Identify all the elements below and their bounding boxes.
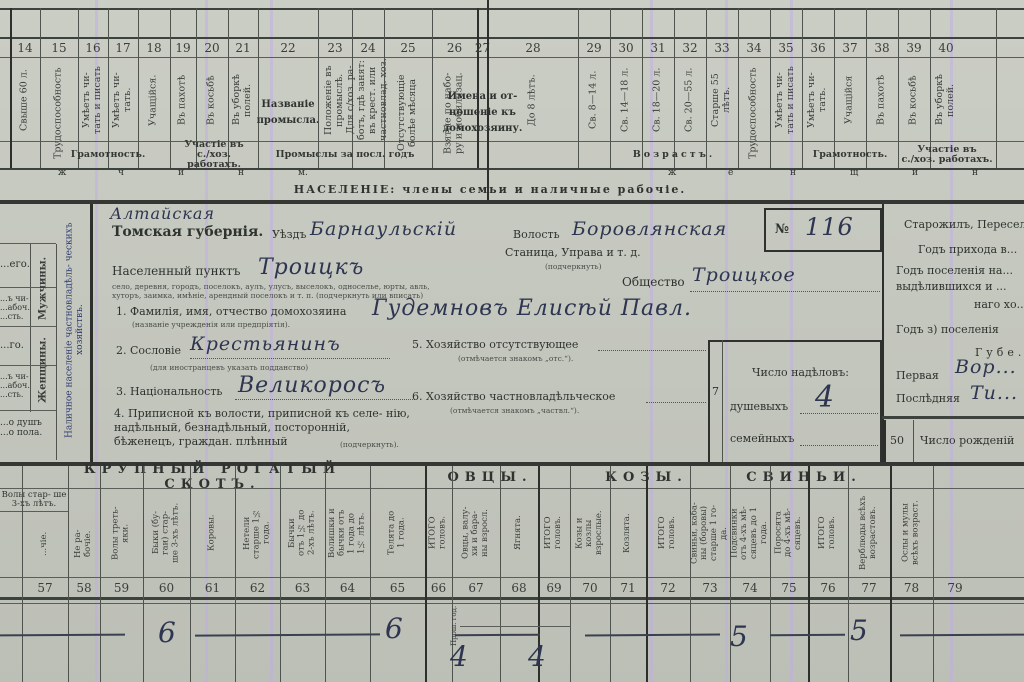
- right-line3: Годъ поселенія на...: [896, 264, 1013, 277]
- column-number: 20: [196, 38, 228, 57]
- column-header: Умѣетъ чи- тать и писать: [78, 58, 108, 142]
- dotted-line: [598, 350, 706, 351]
- livestock-column-header: Волишки и бычки отъ 1 года до 1½ лѣтъ.: [325, 490, 370, 576]
- column-header: Св. 18—20 л.: [642, 58, 674, 142]
- volost-value[interactable]: Боровлянская: [572, 218, 727, 240]
- gender-letter: н: [790, 168, 796, 178]
- livestock-column-header: ИТОГО головъ.: [538, 490, 570, 576]
- column-number: 32: [674, 38, 706, 57]
- right-line4: выдѣлившихся и ...: [896, 280, 1007, 293]
- livestock-column-header: Ослы и мулы всѣхъ возраст.: [890, 490, 933, 576]
- column-number: 14: [10, 38, 40, 57]
- livestock-group: КРУПНЫЙ РОГАТЫЙ СКОТЪ.: [40, 466, 385, 488]
- gender-letter: ж: [58, 168, 66, 178]
- row50-label: Число рожденій: [920, 434, 1014, 447]
- livestock-column-header: Овцы, валу- хи и бара- ны взросл.: [452, 490, 500, 576]
- livestock-entry-col66[interactable]: 6: [385, 612, 404, 645]
- livestock-column-number: 67: [452, 578, 500, 597]
- column-header: Учащійся.: [138, 58, 170, 142]
- rule: [0, 603, 1024, 604]
- dotted-line: [800, 445, 878, 446]
- column-number: 18: [138, 38, 170, 57]
- sidebar-row: ...о душъ ...о пола.: [0, 418, 50, 438]
- item5-hint: (отмѣчается знакомъ „отс.“).: [458, 354, 573, 363]
- column-group: Участіе въ с./хоз. работахъ.: [170, 142, 258, 168]
- column-number: 39: [898, 38, 930, 57]
- number-label: №: [775, 222, 789, 237]
- column-number: 23: [318, 38, 352, 57]
- livestock-column-number: 57: [22, 578, 68, 597]
- livestock-column-header: ИТОГО головъ.: [425, 490, 452, 576]
- column-number: 38: [866, 38, 898, 57]
- item6-hint: (отмѣчается знакомъ „частвл.“).: [450, 406, 579, 415]
- livestock-column-header: Ягнята.: [500, 490, 538, 576]
- rule: [56, 244, 57, 460]
- livestock-column-number: 75: [770, 578, 808, 597]
- livestock-column-header: Коровы.: [190, 490, 235, 576]
- dotted-line: [800, 413, 878, 414]
- livestock-column-number: 63: [280, 578, 325, 597]
- dash-stroke: [455, 634, 540, 637]
- sidebar-row: ...ъ чи- ...абоч. ...сть.: [0, 372, 30, 399]
- column-group: Грамотность.: [78, 142, 138, 168]
- gender-letter: н: [238, 168, 244, 178]
- census-card: 14Свыше 60 л.15Трудоспособность16Умѣетъ …: [0, 0, 1024, 682]
- column-header: Для с/хоз. ра- ботъ, гдѣ занят: въ крест…: [352, 58, 384, 142]
- column-number: 22: [258, 38, 318, 57]
- livestock-column-header: Телята до 1 года.: [370, 490, 425, 576]
- column-header: Умѣетъ чи- тать.: [802, 58, 834, 142]
- column-header: Св. 20—55 л.: [674, 58, 706, 142]
- column-header: До 8 лѣтъ.: [488, 58, 578, 142]
- gender-letter: щ: [850, 168, 858, 178]
- item2-value[interactable]: Крестьянинъ: [190, 333, 341, 355]
- column-header: Свыше 60 л.: [10, 58, 40, 142]
- column-header: Старше 55 лѣтъ.: [706, 58, 738, 142]
- column-header: Въ уборкѣ полей.: [930, 58, 962, 142]
- column-header: Умѣетъ чи- тать.: [108, 58, 138, 142]
- row50-num: 50: [890, 434, 904, 447]
- column-number: 37: [834, 38, 866, 57]
- livestock-column-number: 69: [538, 578, 570, 597]
- livestock-column-header: ИТОГО головъ.: [646, 490, 690, 576]
- dash-stroke: [770, 634, 845, 637]
- livestock-entry-col67[interactable]: 4: [450, 640, 469, 673]
- column-number: 17: [108, 38, 138, 57]
- dash-stroke: [0, 634, 125, 637]
- dotted-line: [690, 291, 880, 292]
- rule: [30, 244, 31, 412]
- livestock-column-header: Бычки отъ 1½ до 2-хъ лѣтъ.: [280, 490, 325, 576]
- livestock-column-number: 77: [848, 578, 890, 597]
- nadel-title: Число надѣловъ:: [752, 366, 849, 379]
- column-header: Св. 8—14 л.: [578, 58, 610, 142]
- center-divider: [487, 0, 489, 202]
- oxen-subgroup: Волы стар- ше 3-хъ лѣтъ.: [0, 488, 68, 512]
- dotted-line: [646, 402, 706, 403]
- livestock-column-number: 79: [933, 578, 977, 597]
- settlement-label: Населенный пунктъ: [112, 264, 240, 278]
- sidebar-row: ...го.: [0, 340, 24, 351]
- column-header: Учащійся: [834, 58, 866, 142]
- dotted-line: [235, 399, 415, 400]
- rule: [0, 410, 56, 411]
- livestock-group: СВИНЬИ.: [728, 466, 880, 488]
- livestock-column-header: Быки (бу- гаи) стар- ше 3-хъ лѣтъ.: [143, 490, 190, 576]
- stanitsa-hint: (подчеркнуть): [545, 262, 602, 271]
- livestock-column-number: 78: [890, 578, 933, 597]
- settlement-value[interactable]: Троицкъ: [258, 255, 364, 280]
- gubernia-label: Томская губернія.: [112, 224, 263, 240]
- livestock-column-header: Поросята до 4-хъ мѣ- сяцевъ.: [770, 490, 808, 576]
- rule: [882, 416, 1024, 419]
- stanitsa-label: Станица, Управа и т. д.: [505, 246, 641, 259]
- dash-stroke: [900, 634, 1024, 637]
- rule: [0, 8, 1024, 10]
- column-number: 36: [802, 38, 834, 57]
- item5-label: 5. Хозяйство отсутствующее: [412, 338, 578, 351]
- gender-letter: н: [972, 168, 978, 178]
- number-value[interactable]: 116: [805, 213, 854, 241]
- gender-letter: м.: [298, 168, 308, 178]
- livestock-column-header: Верблюды всѣхъ возрастовъ.: [848, 490, 890, 576]
- rule: [996, 8, 997, 168]
- column-header: Въ пахотѣ: [170, 58, 196, 142]
- column-number: 40: [930, 38, 962, 57]
- nadel-semeinykh-label: семейныхъ: [730, 432, 794, 445]
- sidebar-title: Наличное населеніе частновладѣль- ческих…: [60, 210, 90, 450]
- uezd-value[interactable]: Барнаульскій: [310, 218, 457, 240]
- livestock-column-header: Нетели старше 1½ года.: [235, 490, 280, 576]
- last-value[interactable]: Ти...: [970, 382, 1018, 404]
- nadel-dushevykh-value[interactable]: 4: [815, 380, 835, 415]
- rule: [0, 597, 1024, 600]
- rule: [913, 420, 914, 462]
- gender-letter: е: [728, 168, 733, 178]
- livestock-column-number: 73: [690, 578, 730, 597]
- item2-label: 2. Сословіе: [116, 344, 181, 357]
- livestock-column-number: 66: [425, 578, 452, 597]
- item6-label: 6. Хозяйство частновладѣльческое: [412, 390, 615, 403]
- rule: [884, 420, 886, 462]
- rule: [0, 168, 1024, 170]
- livestock-column-number: 71: [610, 578, 646, 597]
- obshchestvo-label: Общество: [622, 275, 685, 289]
- gubernia-handwritten: Алтайская: [110, 204, 215, 223]
- livestock-entry-col61[interactable]: 6: [158, 616, 177, 649]
- livestock-column-header: Подсвинки отъ 4-хъ мѣ- сяцевъ до 1 года.: [730, 490, 770, 576]
- column-group: Грамотность.: [802, 142, 898, 168]
- column-header: Въ пахотѣ: [866, 58, 898, 142]
- livestock-column-number: 60: [143, 578, 190, 597]
- item2-hint: (для иностранцевъ указать подданство): [150, 363, 308, 372]
- livestock-entry-col69[interactable]: 4: [528, 640, 547, 673]
- column-number: 21: [228, 38, 258, 57]
- item1-label: 1. Фамилія, имя, отчество домохозяина: [116, 305, 346, 318]
- gender-letter: ж: [668, 168, 676, 178]
- right-line1: Старожилъ, Переселенецъ: [904, 218, 1024, 231]
- right-line6: Годъ з) поселенія: [896, 323, 999, 336]
- section-title: НАСЕЛЕНІЕ: члены семьи и наличные рабочі…: [100, 180, 880, 198]
- livestock-column-header: ...чіе.: [22, 512, 68, 576]
- livestock-column-number: 70: [570, 578, 610, 597]
- livestock-column-number: 68: [500, 578, 538, 597]
- item3-label: 3. Національность: [116, 385, 222, 398]
- uezd-label: Уѣздъ: [272, 228, 306, 241]
- column-number: 29: [578, 38, 610, 57]
- dotted-line: [190, 358, 390, 359]
- first-value[interactable]: Вор...: [955, 356, 1017, 378]
- gender-letter: и: [912, 168, 918, 178]
- column-number: 24: [352, 38, 384, 57]
- livestock-column-number: 59: [100, 578, 143, 597]
- livestock-column-number: 72: [646, 578, 690, 597]
- column-group: Возрастъ.: [578, 142, 770, 168]
- males-label: Мужчины.: [32, 248, 54, 328]
- volost-label: Волость: [513, 228, 560, 241]
- nadel-dushevykh-label: душевыхъ: [730, 400, 788, 413]
- item1-hint: (названіе учрежденія или предпріятія).: [132, 320, 290, 329]
- column-number: 33: [706, 38, 738, 57]
- column-number: 35: [770, 38, 802, 57]
- column-number: 26: [432, 38, 477, 57]
- nadel-box-num: 7: [712, 385, 719, 398]
- livestock-column-header: [933, 490, 977, 576]
- column-header: Св. 14—18 л.: [610, 58, 642, 142]
- livestock-entry-col76[interactable]: 5: [850, 614, 869, 647]
- column-number: 30: [610, 38, 642, 57]
- form-border: [90, 204, 93, 462]
- column-number: 31: [642, 38, 674, 57]
- livestock-column-header: Козы и козлы взрослые.: [570, 490, 610, 576]
- item1-value[interactable]: Гудемновъ Елисѣй Павл.: [372, 296, 692, 321]
- column-number: 15: [40, 38, 78, 57]
- livestock-column-number: 62: [235, 578, 280, 597]
- column-group: Промыслы за посл. годъ: [258, 142, 432, 168]
- column-number: 25: [384, 38, 432, 57]
- item3-value[interactable]: Великоросъ: [238, 373, 386, 398]
- obshchestvo-value[interactable]: Троицкое: [692, 264, 796, 286]
- livestock-column-number: 65: [370, 578, 425, 597]
- column-header: Въ уборкѣ полей.: [228, 58, 258, 142]
- right-line2: Годъ прихода в...: [918, 243, 1017, 256]
- livestock-column-header: Волы треть- яки.: [100, 490, 143, 576]
- column-number: 19: [170, 38, 196, 57]
- livestock-column-header: Свиньи, каба- ны (боровы) старше 1 го- д…: [690, 490, 730, 576]
- livestock-column-number: 76: [808, 578, 848, 597]
- livestock-column-header: Не ра- бочіе.: [68, 512, 100, 576]
- livestock-column-header: Козлята.: [610, 490, 646, 576]
- last-label: Послѣдняя: [896, 392, 960, 405]
- sidebar-row: ...его.: [0, 259, 30, 270]
- first-label: Первая: [896, 369, 939, 382]
- column-number: 34: [738, 38, 770, 57]
- item4-hint: (подчеркнуть).: [340, 440, 399, 449]
- gender-letter: ч: [118, 168, 124, 178]
- livestock-entry-col73[interactable]: 5: [730, 620, 749, 653]
- females-label: Женщины.: [32, 330, 54, 410]
- column-header: Въ косьбѣ: [898, 58, 930, 142]
- livestock-column-number: 58: [68, 578, 100, 597]
- sidebar-row: ...ъ чи- ...абоч. ...сть.: [0, 294, 30, 321]
- column-header: Въ косьбѣ: [196, 58, 228, 142]
- rule: [722, 340, 723, 464]
- rule: [0, 243, 56, 244]
- livestock-column-number: 64: [325, 578, 370, 597]
- livestock-column-number: 61: [190, 578, 235, 597]
- livestock-column-header: ИТОГО головъ.: [808, 490, 848, 576]
- column-number: 28: [488, 38, 578, 57]
- rule: [460, 626, 570, 627]
- livestock-column-number: 74: [730, 578, 770, 597]
- column-group: Участіе въ с./хоз. работахъ.: [898, 142, 996, 168]
- dash-stroke: [195, 633, 380, 636]
- gender-letter: и: [178, 168, 184, 178]
- column-header: Умѣетъ чи- тать и писать: [770, 58, 802, 142]
- right-line5: наго хо...: [974, 298, 1024, 311]
- column-number: 16: [78, 38, 108, 57]
